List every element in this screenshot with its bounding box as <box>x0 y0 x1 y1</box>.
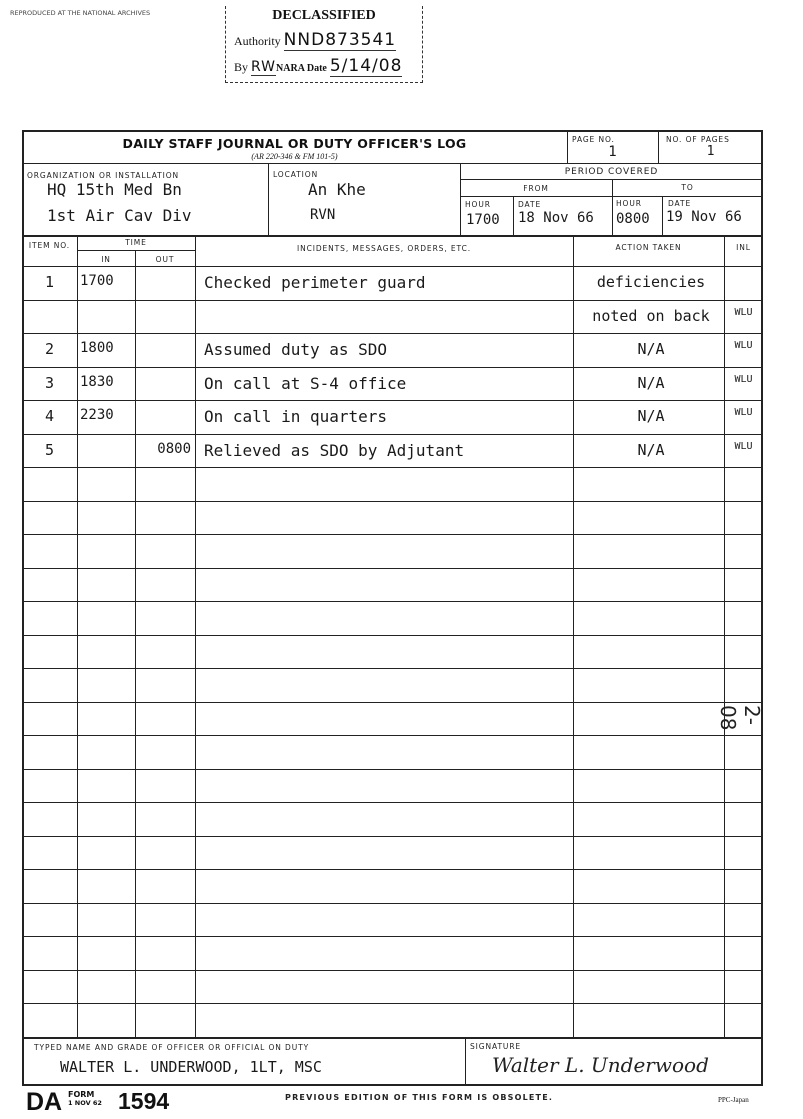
stamp-by: By RWNARA Date 5/14/08 <box>234 56 402 76</box>
form-number: 1594 <box>118 1088 169 1115</box>
signature-label: SIGNATURE <box>470 1042 521 1051</box>
cell-incident: Relieved as SDO by Adjutant <box>204 441 573 460</box>
divider <box>268 163 269 235</box>
to-label: TO <box>612 183 763 192</box>
table-row <box>22 635 763 669</box>
table-row <box>22 869 763 903</box>
margin-annotation: 2-08 <box>716 705 764 744</box>
printer-mark: PPC-Japan <box>718 1096 749 1104</box>
divider <box>465 1037 466 1086</box>
location-label: LOCATION <box>273 170 318 179</box>
table-row <box>22 970 763 1004</box>
signature-value: Walter L. Underwood <box>492 1053 709 1077</box>
divider <box>22 163 763 164</box>
location-line-2: RVN <box>310 207 335 223</box>
incidents-header: INCIDENTS, MESSAGES, ORDERS, ETC. <box>195 244 573 253</box>
stamp-title: DECLASSIFIED <box>226 8 422 24</box>
item-no-header: ITEM NO. <box>22 241 77 251</box>
form-subtitle: (AR 220-346 & FM 101-5) <box>22 152 567 161</box>
cell-item: 5 <box>22 441 77 459</box>
cell-initials: WLU <box>724 441 763 452</box>
authority-value: NND873541 <box>284 30 396 51</box>
time-header: TIME <box>77 238 195 247</box>
form-prefix: DA <box>26 1088 62 1117</box>
by-initials: RW <box>251 59 276 76</box>
table-row: 31830On call at S-4 officeN/AWLU <box>22 367 763 401</box>
cell-action: N/A <box>578 407 724 425</box>
table-row <box>22 501 763 535</box>
to-date-value: 19 Nov 66 <box>666 209 742 225</box>
organization-label: ORGANIZATION OR INSTALLATION <box>27 171 179 180</box>
cell-out: 0800 <box>137 441 195 457</box>
location-line-1: An Khe <box>308 180 366 199</box>
organization-line-1: HQ 15th Med Bn <box>47 180 182 199</box>
cell-initials: WLU <box>724 340 763 351</box>
to-date-label: DATE <box>668 199 691 208</box>
form-title: DAILY STAFF JOURNAL OR DUTY OFFICER'S LO… <box>22 136 567 151</box>
by-label: By <box>234 60 248 74</box>
divider <box>662 196 663 235</box>
cell-incident: Checked perimeter guard <box>204 273 573 292</box>
table-row <box>22 836 763 870</box>
cell-in: 2230 <box>80 407 135 423</box>
cell-initials: WLU <box>724 407 763 418</box>
table-row <box>22 601 763 635</box>
typed-name-label: TYPED NAME AND GRADE OF OFFICER OR OFFIC… <box>34 1043 309 1052</box>
nara-date-label: NARA Date <box>276 63 327 74</box>
declassification-stamp: DECLASSIFIED Authority NND873541 By RWNA… <box>225 6 423 83</box>
cell-item: 1 <box>22 273 77 291</box>
typed-name-value: WALTER L. UNDERWOOD, 1LT, MSC <box>60 1058 322 1076</box>
table-row <box>22 936 763 970</box>
cell-item: 3 <box>22 374 77 392</box>
table-row <box>22 735 763 769</box>
table-row <box>22 467 763 501</box>
divider <box>22 1037 763 1039</box>
cell-in: 1800 <box>80 340 135 356</box>
table-row <box>22 534 763 568</box>
divider <box>460 196 763 197</box>
to-hour-label: HOUR <box>616 199 642 208</box>
divider <box>513 196 514 235</box>
authority-label: Authority <box>234 34 281 48</box>
table-row: 42230On call in quartersN/AWLU <box>22 400 763 434</box>
table-row <box>22 769 763 803</box>
cell-initials: WLU <box>724 374 763 385</box>
cell-item: 4 <box>22 407 77 425</box>
table-row: 11700Checked perimeter guarddeficiencies <box>22 266 763 300</box>
cell-action: noted on back <box>578 307 724 325</box>
cell-action: deficiencies <box>578 273 724 291</box>
cell-action: N/A <box>578 340 724 358</box>
table-row: 21800Assumed duty as SDON/AWLU <box>22 333 763 367</box>
cell-in: 1830 <box>80 374 135 390</box>
cell-incident: Assumed duty as SDO <box>204 340 573 359</box>
table-row <box>22 702 763 736</box>
table-row <box>22 568 763 602</box>
cell-incident: On call in quarters <box>204 407 573 426</box>
stamp-date: 5/14/08 <box>330 56 403 77</box>
obsolete-note: PREVIOUS EDITION OF THIS FORM IS OBSOLET… <box>285 1093 553 1102</box>
table-row: noted on backWLU <box>22 300 763 334</box>
table-row <box>22 903 763 937</box>
from-date-label: DATE <box>518 200 541 209</box>
cell-action: N/A <box>578 441 724 459</box>
table-row <box>22 668 763 702</box>
page-no-value: 1 <box>567 144 658 160</box>
cell-incident: On call at S-4 office <box>204 374 573 393</box>
time-in-header: IN <box>77 255 135 264</box>
from-label: FROM <box>460 184 612 193</box>
divider <box>612 179 613 235</box>
table-row: 50800Relieved as SDO by AdjutantN/AWLU <box>22 434 763 468</box>
stamp-authority: Authority NND873541 <box>234 30 396 50</box>
table-row <box>22 1003 763 1037</box>
from-hour-value: 1700 <box>466 212 500 228</box>
cell-action: N/A <box>578 374 724 392</box>
from-hour-label: HOUR <box>465 200 491 209</box>
period-covered-label: PERIOD COVERED <box>460 167 763 177</box>
from-date-value: 18 Nov 66 <box>518 210 594 226</box>
cell-initials: WLU <box>724 307 763 318</box>
table-row <box>22 802 763 836</box>
form-date: 1 NOV 62 <box>68 1099 102 1108</box>
no-of-pages-value: 1 <box>658 144 763 159</box>
divider <box>77 250 195 251</box>
action-header: ACTION TAKEN <box>573 243 724 252</box>
cell-item: 2 <box>22 340 77 358</box>
cell-in: 1700 <box>80 273 135 289</box>
archive-note: REPRODUCED AT THE NATIONAL ARCHIVES <box>10 9 150 17</box>
no-of-pages-label: NO. OF PAGES <box>666 135 730 144</box>
organization-line-2: 1st Air Cav Div <box>47 206 192 225</box>
to-hour-value: 0800 <box>616 211 650 227</box>
form-edition: FORM 1 NOV 62 <box>68 1090 102 1108</box>
time-out-header: OUT <box>135 255 195 264</box>
divider <box>22 235 763 237</box>
initials-header: INL <box>724 243 763 252</box>
page-no-label: PAGE NO. <box>572 135 615 144</box>
form-word: FORM <box>68 1090 102 1099</box>
